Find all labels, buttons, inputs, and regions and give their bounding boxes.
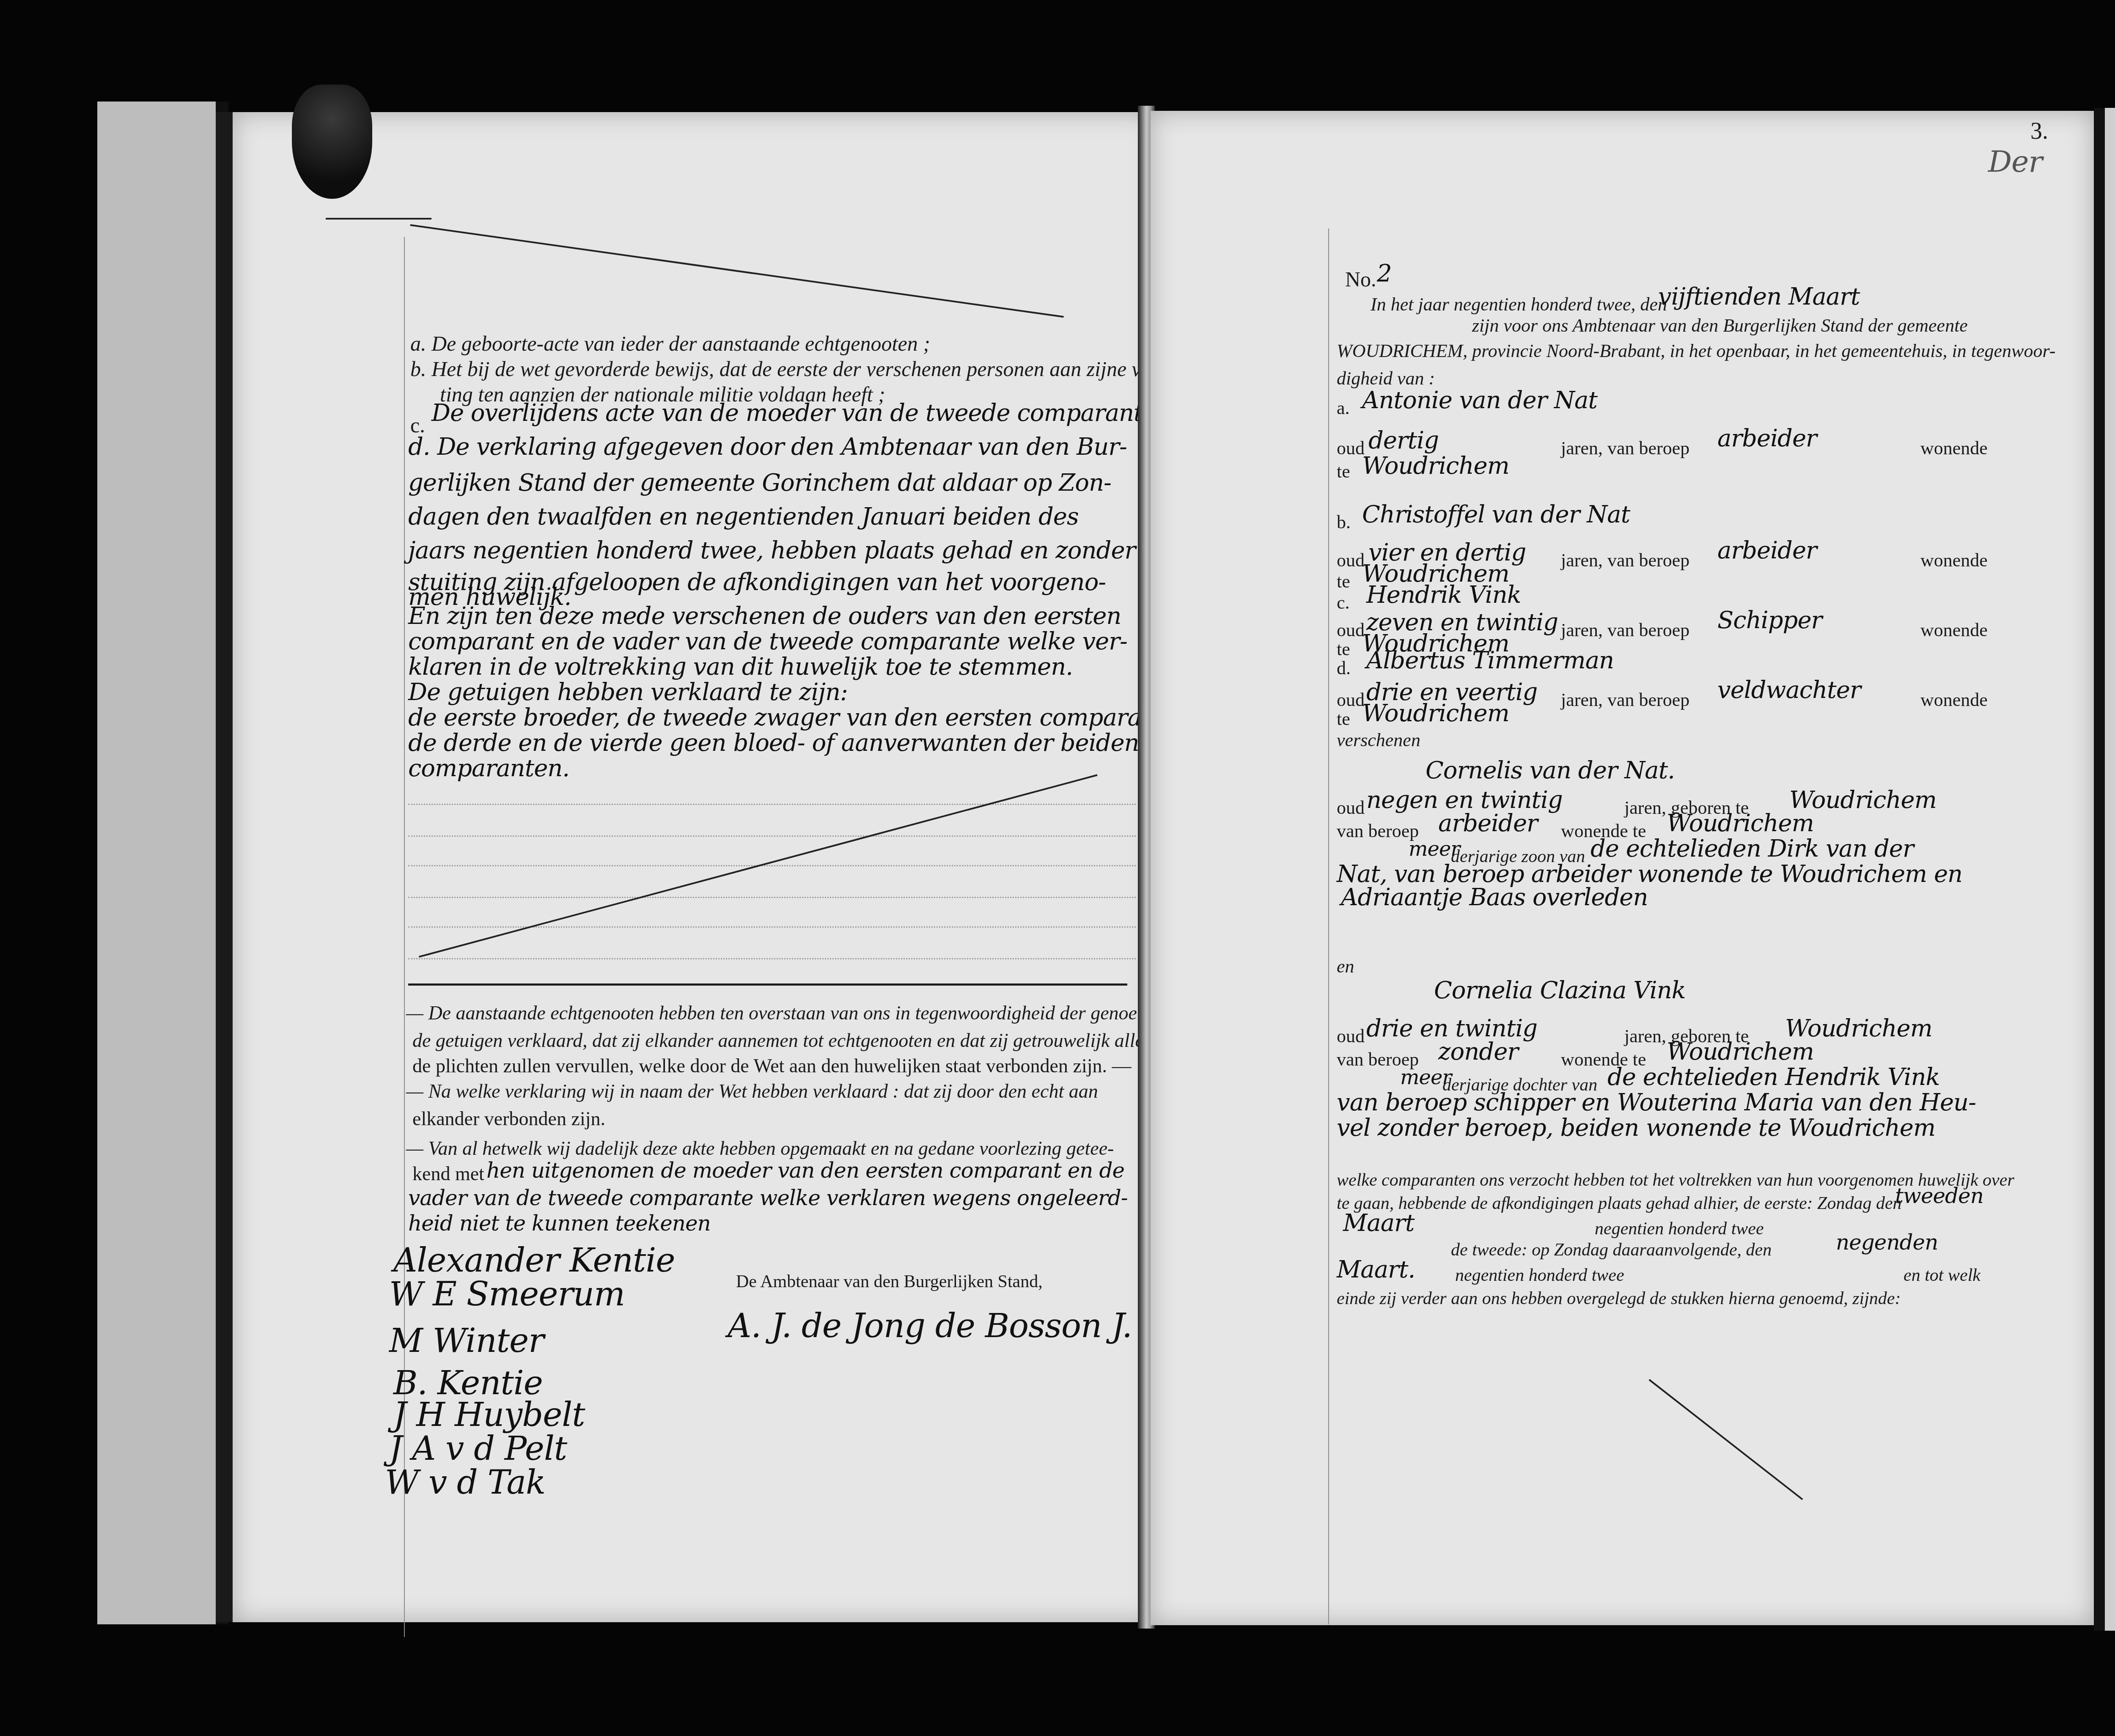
witness-signature: J H Huybelt	[393, 1396, 585, 1434]
handwritten-line: comparant en de vader van de tweede comp…	[408, 628, 1127, 655]
groom-occupation: arbeider	[1438, 810, 1538, 837]
handwritten-line: dagen den twaalfden en negentienden Janu…	[408, 503, 1079, 530]
witness-letter: a.	[1337, 396, 1350, 421]
handwritten-line: d. De verklaring afgegeven door den Ambt…	[408, 434, 1127, 461]
witness-name: Albertus Timmerman	[1366, 647, 1614, 674]
en-tot-welk-label: en tot welk	[1903, 1263, 1980, 1288]
verschenen-label: verschenen	[1337, 728, 1420, 753]
declaration-line: elkander verbonden zijn.	[412, 1106, 605, 1132]
right-binding-strip	[2094, 108, 2115, 1631]
oud-label: oud	[1337, 795, 1365, 821]
witness-name: Antonie van der Nat	[1362, 387, 1597, 414]
witness-letter: c.	[1337, 590, 1350, 615]
ruled-line	[408, 958, 1136, 959]
rule-line	[408, 983, 1127, 986]
witness-signature: W E Smeerum	[389, 1275, 625, 1313]
handwritten-line: de derde en de vierde geen bloed- of aan…	[408, 730, 1139, 757]
signed-prefix: kend met	[412, 1161, 484, 1187]
record-no-label: No.	[1345, 266, 1376, 292]
second-banns-day: negenden	[1836, 1229, 1938, 1256]
first-banns-month: Maart	[1343, 1210, 1414, 1237]
groom-parents: Adriaantje Baas overleden	[1341, 884, 1648, 911]
witness-name: Christoffel van der Nat	[1362, 501, 1630, 528]
jaren-beroep-label: jaren, van beroep	[1561, 618, 1689, 643]
witness-signature: M Winter	[389, 1322, 544, 1360]
marriage-date: vijftienden Maart	[1658, 283, 1860, 310]
left-binding-strip	[97, 102, 228, 1624]
handwritten-line: jaars negentien honderd twee, hebben pla…	[408, 537, 1135, 564]
right-margin-rule	[1328, 228, 1329, 1624]
intro-text: zijn voor ons Ambtenaar van den Burgerli…	[1472, 313, 1968, 338]
official-title: De Ambtenaar van den Burgerlijken Stand,	[736, 1269, 1043, 1294]
oud-label: oud	[1337, 436, 1365, 461]
handwritten-line: klaren in de voltrekking van dit huwelij…	[408, 654, 1073, 681]
second-banns-month: Maart.	[1337, 1256, 1415, 1283]
wonende-label: wonende	[1920, 687, 1988, 713]
witness-signature: W v d Tak	[385, 1464, 545, 1502]
van-beroep-label: van beroep	[1337, 819, 1419, 844]
te-label: te	[1337, 459, 1350, 484]
pencil-note: Der	[1988, 148, 2042, 175]
item-b-text: b. Het bij de wet gevorderde bewijs, dat…	[410, 356, 1208, 382]
closing-text: de tweede: op Zondag daaraanvolgende, de…	[1451, 1237, 1772, 1263]
item-a-text: a. De geboorte-acte van ieder der aansta…	[410, 331, 930, 356]
ruled-line	[408, 897, 1136, 898]
witness-name: Hendrik Vink	[1366, 582, 1521, 609]
ruled-line	[408, 865, 1136, 866]
handwritten-line: hen uitgenomen de moeder van den eersten…	[486, 1157, 1124, 1184]
jaren-beroep-label: jaren, van beroep	[1561, 548, 1689, 573]
bride-occupation: zonder	[1438, 1038, 1518, 1066]
en-label: en	[1337, 954, 1354, 979]
bride-parents: vel zonder beroep, beiden wonende te Wou…	[1337, 1115, 1935, 1142]
ruled-line	[408, 926, 1136, 928]
intro-text: WOUDRICHEM, provincie Noord-Brabant, in …	[1337, 338, 2055, 364]
groom-residence: Woudrichem	[1667, 810, 1814, 837]
record-number: 2	[1377, 260, 1392, 287]
wax-seal-icon	[292, 85, 372, 199]
first-banns-day: tweeden	[1895, 1182, 1983, 1209]
year-text: negentien honderd twee	[1455, 1263, 1624, 1288]
oud-label: oud	[1337, 1024, 1365, 1049]
groom-parents: de echtelieden Dirk van der	[1590, 835, 1914, 863]
groom-name: Cornelis van der Nat.	[1426, 757, 1675, 784]
handwritten-line: comparanten.	[408, 755, 569, 782]
witness-signature: Alexander Kentie	[393, 1242, 675, 1280]
declaration-line: de getuigen verklaard, dat zij elkander …	[412, 1028, 1144, 1053]
ruled-line	[408, 835, 1136, 837]
jaren-beroep-label: jaren, van beroep	[1561, 436, 1689, 461]
witness-occupation: Schipper	[1717, 607, 1822, 634]
witness-residence: Woudrichem	[1362, 453, 1509, 480]
handwritten-line: gerlijken Stand der gemeente Gorinchem d…	[408, 470, 1111, 497]
witness-occupation: veldwachter	[1717, 677, 1861, 704]
witness-residence: Woudrichem	[1362, 700, 1509, 727]
declaration-line: — De aanstaande echtgenooten hebben ten …	[406, 1000, 1158, 1026]
official-signature: A. J. de Jong de Bosson J.	[728, 1307, 1132, 1345]
declaration-line: — Na welke verklaring wij in naam der We…	[406, 1079, 1098, 1104]
strike-stroke	[326, 218, 431, 220]
declaration-line: de plichten zullen vervullen, welke door…	[412, 1053, 1131, 1079]
handwritten-line: De getuigen hebben verklaard te zijn:	[408, 679, 848, 706]
handwritten-line: heid niet te kunnen teekenen	[408, 1210, 711, 1237]
closing-text: einde zij verder aan ons hebben overgele…	[1337, 1286, 1901, 1311]
wonende-label: wonende	[1920, 618, 1988, 643]
witness-occupation: arbeider	[1717, 425, 1817, 452]
handwritten-line: De overlijdens acte van de moeder van de…	[431, 400, 1164, 427]
wonende-label: wonende	[1920, 548, 1988, 573]
witness-letter: d.	[1337, 656, 1351, 681]
closing-text: te gaan, hebbende de afkondigingen plaat…	[1337, 1191, 1902, 1216]
handwritten-line: En zijn ten deze mede verschenen de oude…	[408, 603, 1121, 630]
handwritten-line: vader van de tweede comparante welke ver…	[408, 1184, 1128, 1211]
wonende-label: wonende	[1920, 436, 1988, 461]
jaren-beroep-label: jaren, van beroep	[1561, 687, 1689, 713]
handwritten-line: de eerste broeder, de tweede zwager van …	[408, 704, 1172, 731]
ruled-line	[408, 804, 1136, 805]
bride-name: Cornelia Clazina Vink	[1434, 977, 1686, 1004]
witness-age: dertig	[1368, 427, 1439, 454]
bride-parents: de echtelieden Hendrik Vink	[1607, 1064, 1940, 1091]
bride-parents: van beroep schipper en Wouterina Maria v…	[1337, 1089, 1976, 1116]
witness-letter: b.	[1337, 510, 1351, 535]
bride-residence: Woudrichem	[1667, 1038, 1814, 1066]
witness-signature: J A v d Pelt	[389, 1430, 567, 1468]
page-number: 3.	[2030, 118, 2048, 144]
witness-occupation: arbeider	[1717, 537, 1817, 564]
